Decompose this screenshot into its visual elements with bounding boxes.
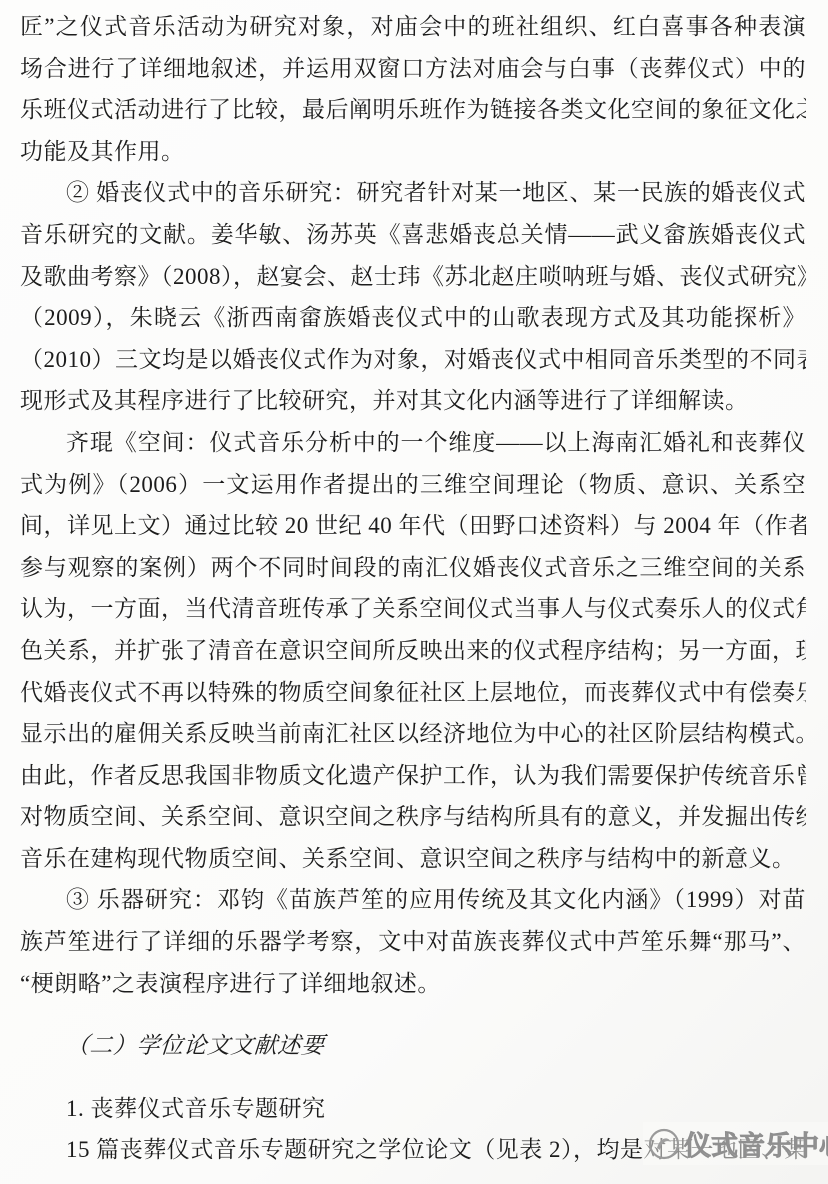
text-line: 色关系，并扩张了清音在意识空间所反映出来的仪式程序结构；另一方面，现 — [20, 630, 806, 672]
text-line: “梗朗略”之表演程序进行了详细地叙述。 — [20, 963, 806, 1005]
text-line: 场合进行了详细地叙述，并运用双窗口方法对庙会与白事（丧葬仪式）中的 — [20, 48, 806, 90]
text-line: （2009），朱晓云《浙西南畲族婚丧仪式中的山歌表现方式及其功能探析》 — [20, 297, 806, 339]
paragraph: ② 婚丧仪式中的音乐研究：研究者针对某一地区、某一民族的婚丧仪式 音乐研究的文献… — [20, 172, 806, 422]
text-column: 匠”之仪式音乐活动为研究对象，对庙会中的班社组织、红白喜事各种表演 场合进行了详… — [0, 0, 828, 1171]
text-line: 显示出的雇佣关系反映当前南汇社区以经济地位为中心的社区阶层结构模式。 — [20, 713, 806, 755]
text-line: 族芦笙进行了详细的乐器学考察，文中对苗族丧葬仪式中芦笙乐舞“那马”、 — [20, 921, 806, 963]
text-line: 参与观察的案例）两个不同时间段的南汇仪婚丧仪式音乐之三维空间的关系 — [20, 547, 806, 589]
text-line: 音乐研究的文献。姜华敏、汤苏英《喜悲婚丧总关情——武义畲族婚丧仪式 — [20, 214, 806, 256]
text-line: 对物质空间、关系空间、意识空间之秩序与结构所具有的意义，并发掘出传统 — [20, 796, 806, 838]
text-line: 匠”之仪式音乐活动为研究对象，对庙会中的班社组织、红白喜事各种表演 — [20, 6, 806, 48]
text-line: 间，详见上文）通过比较 20 世纪 40 年代（田野口述资料）与 2004 年（… — [20, 505, 806, 547]
text-line: 认为，一方面，当代清音班传承了关系空间仪式当事人与仪式奏乐人的仪式角 — [20, 588, 806, 630]
paragraph: 齐琨《空间：仪式音乐分析中的一个维度——以上海南汇婚礼和丧葬仪 式为例》（200… — [20, 422, 806, 880]
section-heading: （二）学位论文文献述要 — [19, 1025, 808, 1067]
text-line: 乐班仪式活动进行了比较，最后阐明乐班作为链接各类文化空间的象征文化之 — [20, 89, 806, 131]
text-line: （2010）三文均是以婚丧仪式作为对象，对婚丧仪式中相同音乐类型的不同表 — [20, 339, 806, 381]
paragraph: ③ 乐器研究：邓钧《苗族芦笙的应用传统及其文化内涵》（1999）对苗 族芦笙进行… — [20, 879, 806, 1004]
text-line: ② 婚丧仪式中的音乐研究：研究者针对某一地区、某一民族的婚丧仪式 — [20, 172, 806, 214]
text-line: 由此，作者反思我国非物质文化遗产保护工作，认为我们需要保护传统音乐曾 — [20, 755, 806, 797]
text-line: 音乐在建构现代物质空间、关系空间、意识空间之秩序与结构中的新意义。 — [20, 838, 806, 880]
text-line: 功能及其作用。 — [20, 131, 806, 173]
text-line: 代婚丧仪式不再以特殊的物质空间象征社区上层地位，而丧葬仪式中有偿奏乐 — [20, 672, 806, 714]
text-line: ③ 乐器研究：邓钧《苗族芦笙的应用传统及其文化内涵》（1999）对苗 — [20, 879, 806, 921]
paragraph: 匠”之仪式音乐活动为研究对象，对庙会中的班社组织、红白喜事各种表演 场合进行了详… — [20, 6, 806, 172]
closing-text-line: 15 篇丧葬仪式音乐专题研究之学位论文（见表 2），均是对某一地区、某 — [20, 1129, 806, 1171]
sub-heading: 1. 丧葬仪式音乐专题研究 — [20, 1088, 806, 1130]
text-line: 式为例》（2006）一文运用作者提出的三维空间理论（物质、意识、关系空 — [20, 464, 806, 506]
text-line: 现形式及其程序进行了比较研究，并对其文化内涵等进行了详细解读。 — [20, 380, 806, 422]
text-line: 及歌曲考察》（2008），赵宴会、赵士玮《苏北赵庄唢呐班与婚、丧仪式研究》 — [20, 256, 806, 298]
text-line: 齐琨《空间：仪式音乐分析中的一个维度——以上海南汇婚礼和丧葬仪 — [20, 422, 806, 464]
scanned-document-page: 匠”之仪式音乐活动为研究对象，对庙会中的班社组织、红白喜事各种表演 场合进行了详… — [0, 0, 828, 1184]
